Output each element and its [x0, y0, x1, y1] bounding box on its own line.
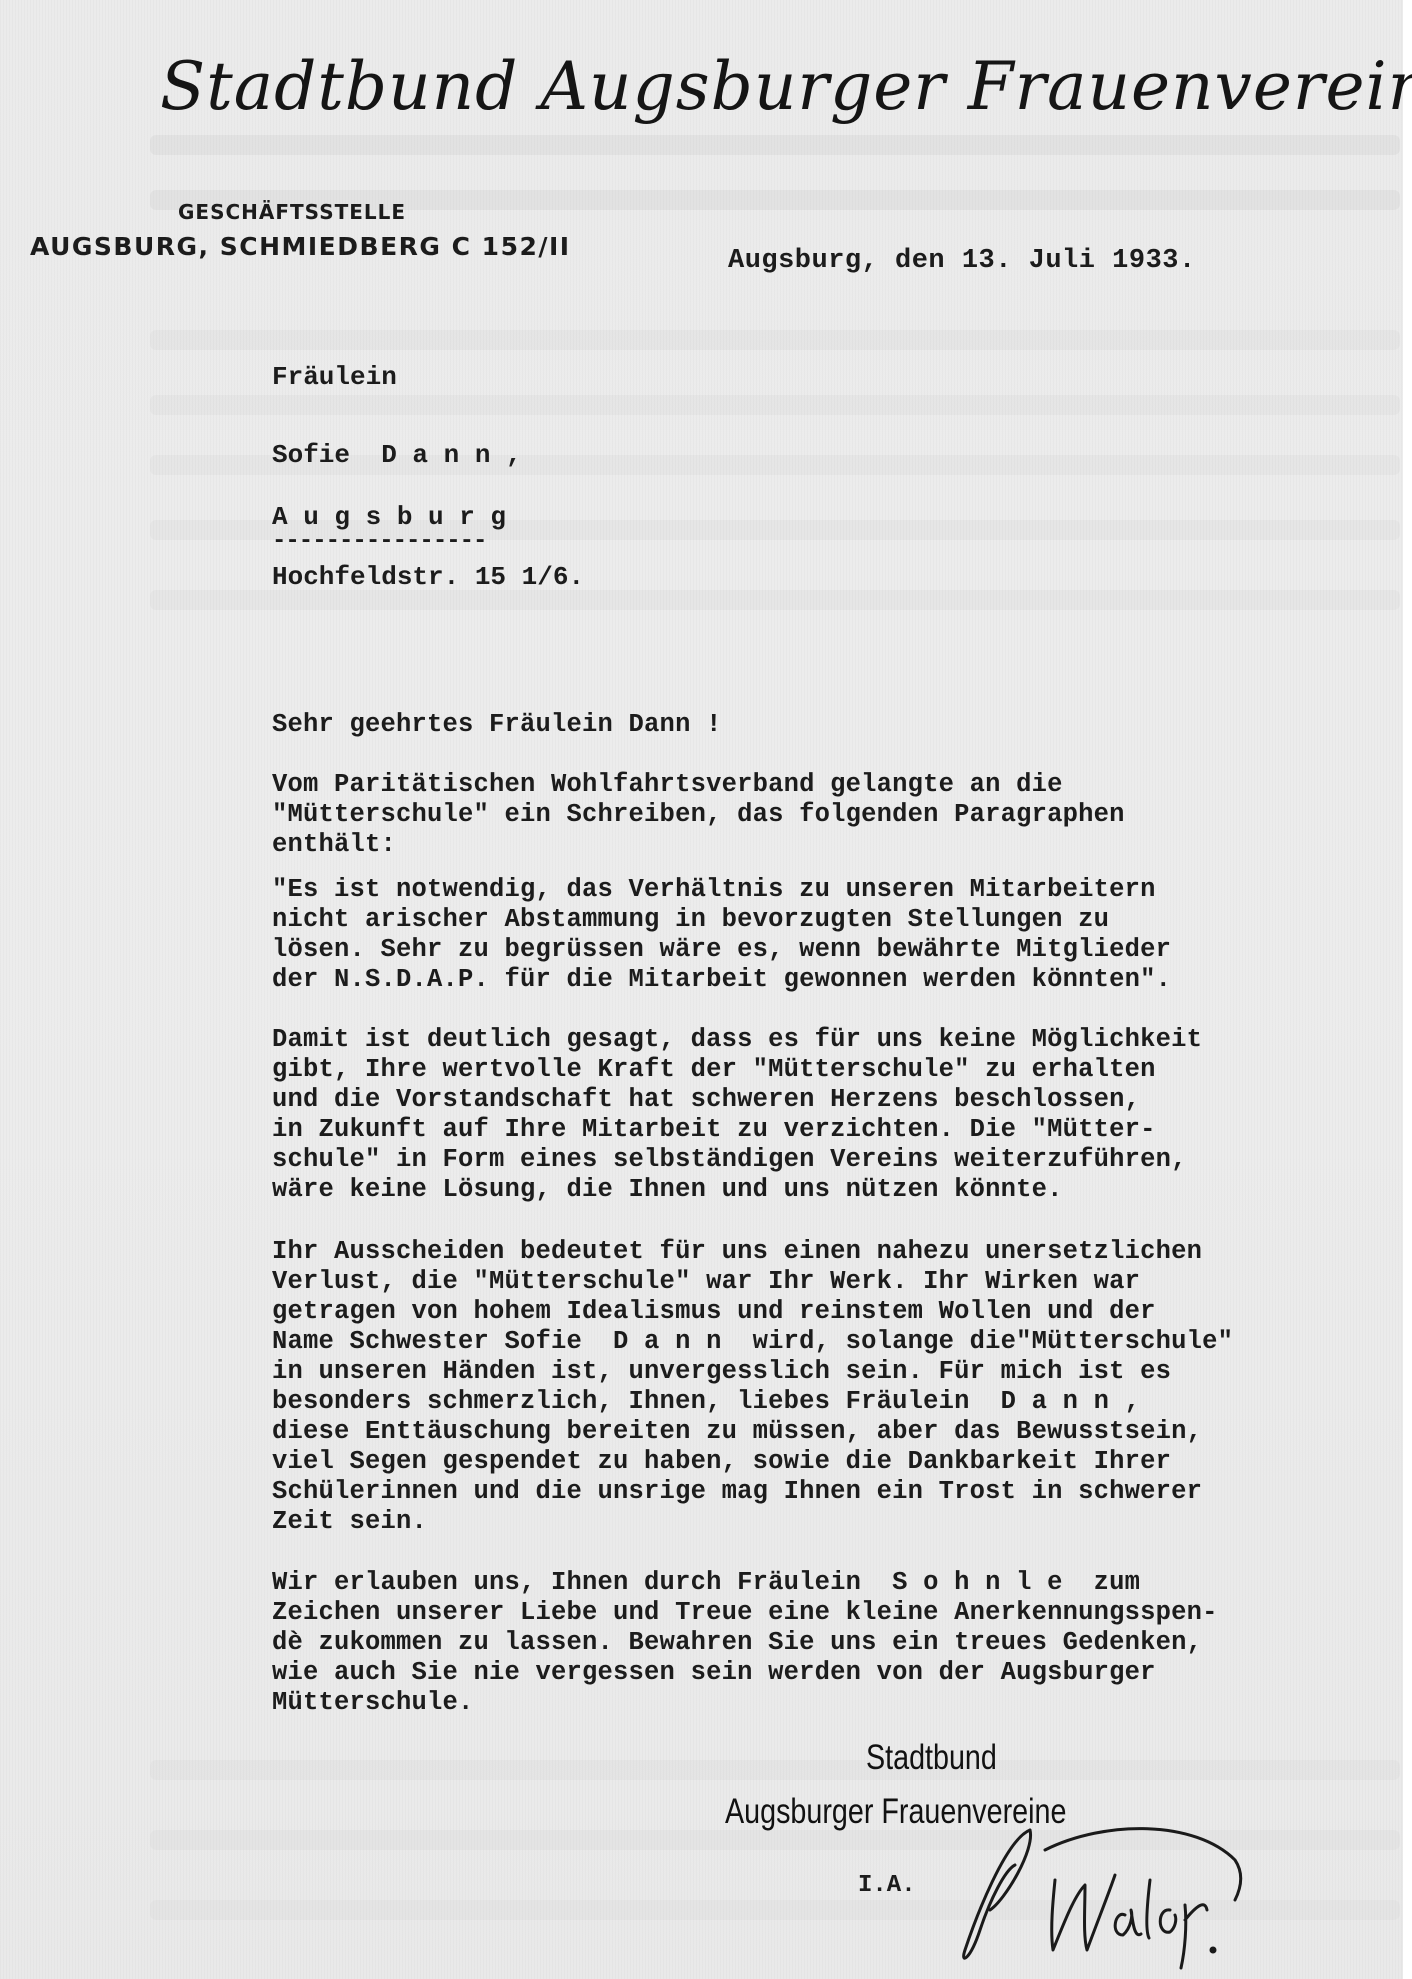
recipient-street: Hochfeldstr. 15 1/6. [272, 562, 584, 592]
bleed-through [150, 1760, 1400, 1780]
letterhead-organization: Stadtbund Augsburger Frauenvereine [160, 48, 1412, 125]
recipient-city-underline: ---------------- [272, 528, 486, 555]
date-line: Augsburg, den 13. Juli 1933. [728, 246, 1196, 276]
handwritten-signature [935, 1810, 1275, 1970]
closing-org-line1: Stadtbund [866, 1738, 997, 1778]
recipient-name: Sofie D a n n , [272, 440, 522, 470]
office-address: AUGSBURG, SCHMIEDBERG C 152/II [30, 232, 571, 261]
bleed-through [150, 395, 1400, 415]
office-label: GESCHÄFTSSTELLE [178, 200, 406, 224]
bleed-through [150, 590, 1400, 610]
paragraph: Damit ist deutlich gesagt, dass es für u… [272, 1025, 1392, 1205]
paragraph: Ihr Ausscheiden bedeutet für uns einen n… [272, 1237, 1392, 1537]
salutation: Sehr geehrtes Fräulein Dann ! [272, 710, 1392, 740]
recipient-title: Fräulein [272, 362, 397, 392]
bleed-through [150, 330, 1400, 350]
paragraph: Vom Paritätischen Wohlfahrtsverband gela… [272, 770, 1392, 860]
closing-ia: I.A. [858, 1872, 916, 1899]
paragraph: Wir erlauben uns, Ihnen durch Fräulein S… [272, 1568, 1392, 1718]
bleed-through [150, 135, 1400, 155]
quoted-paragraph: "Es ist notwendig, das Verhältnis zu uns… [272, 875, 1392, 995]
